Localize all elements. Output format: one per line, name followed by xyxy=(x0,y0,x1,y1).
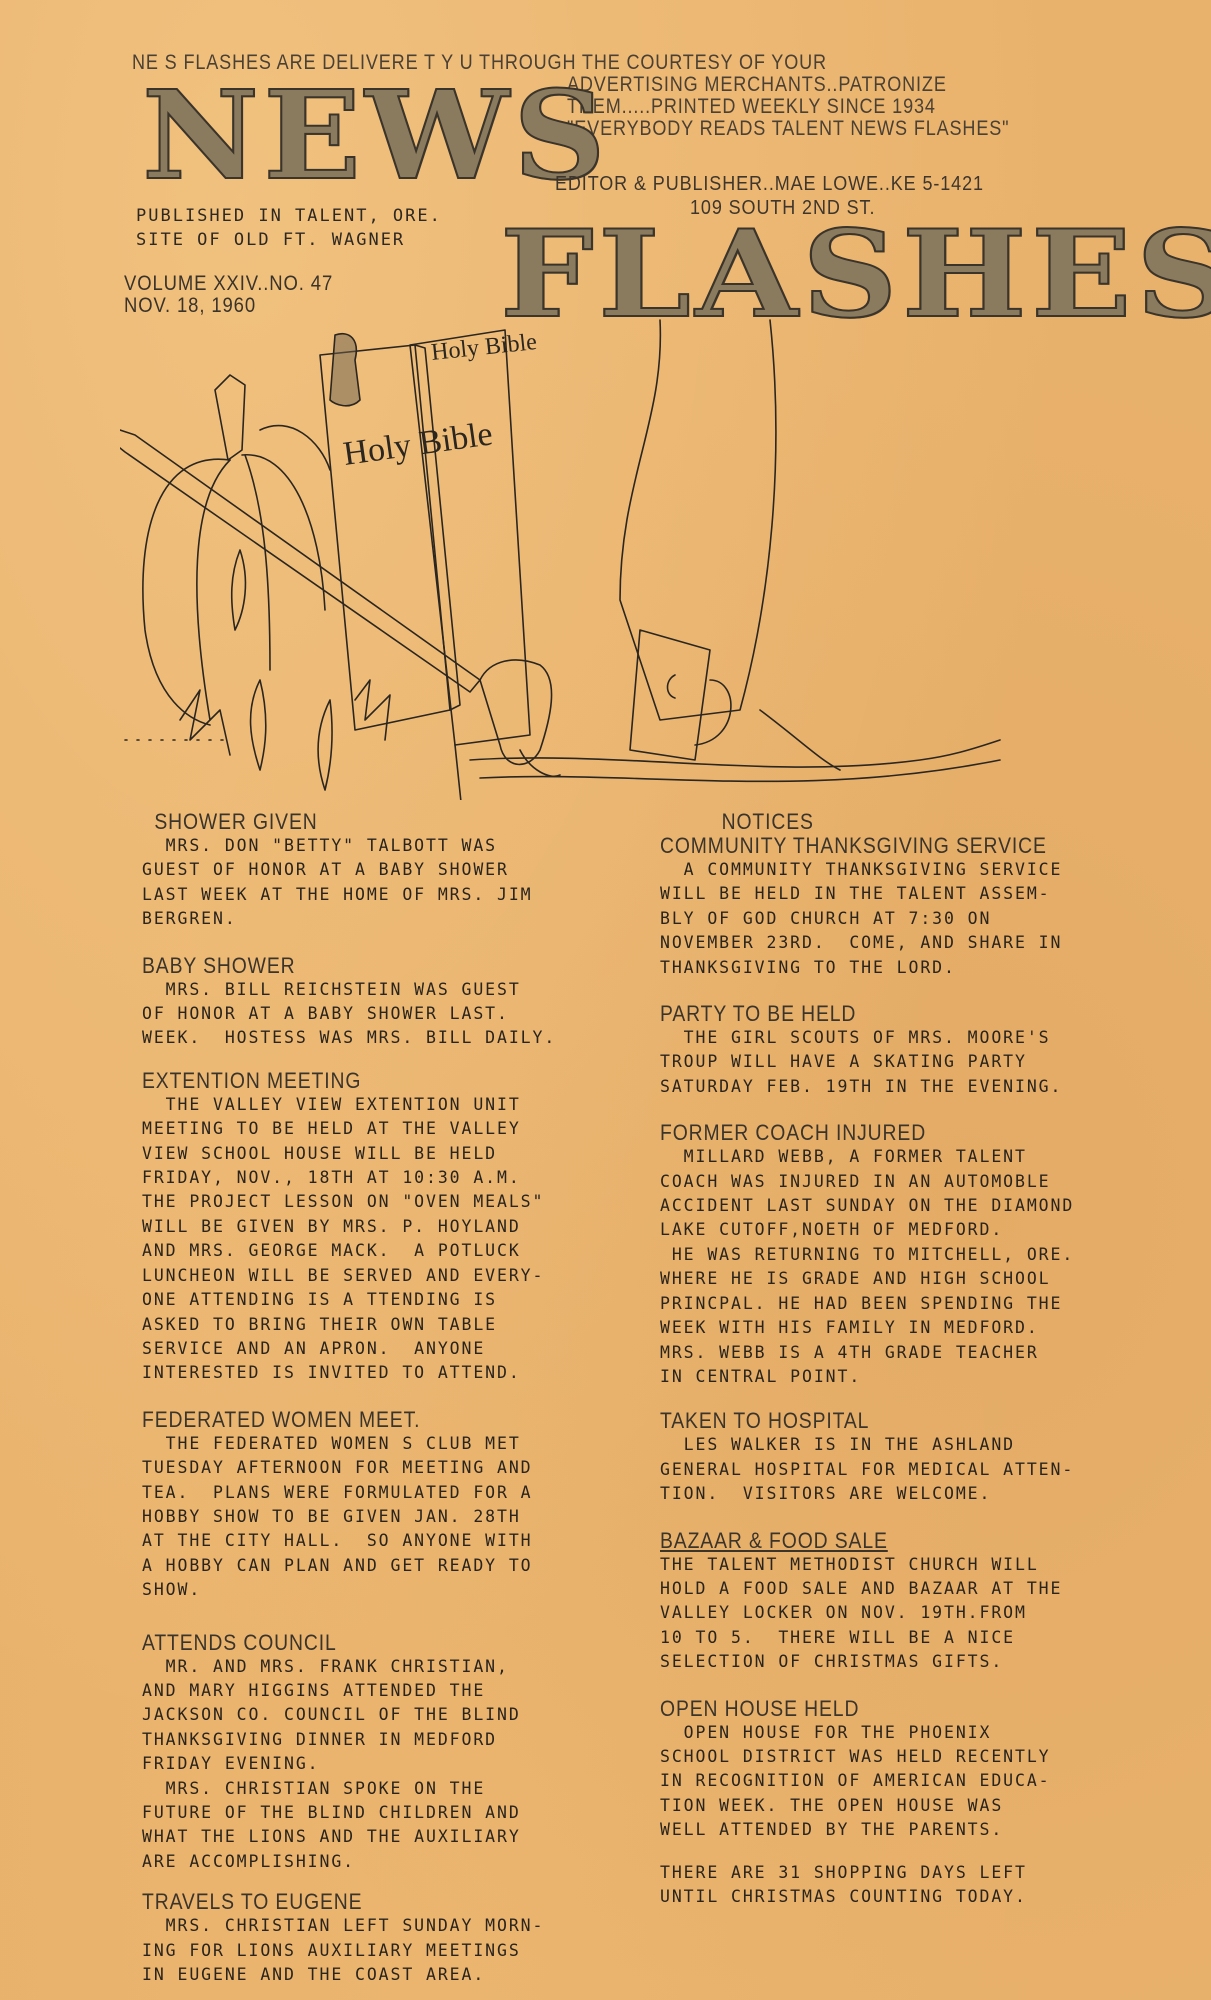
left-column: SHOWER GIVEN MRS. DON "BETTY" TALBOTT WA… xyxy=(142,810,662,2000)
masthead-title-news: NEWS xyxy=(142,70,610,200)
article-body: MR. AND MRS. FRANK CHRISTIAN, AND MARY H… xyxy=(142,1655,662,1875)
article-federated-women: FEDERATED WOMEN MEET. THE FEDERATED WOME… xyxy=(142,1408,662,1603)
article-headline: FEDERATED WOMEN MEET. xyxy=(142,1408,600,1432)
article-headline: BAZAAR & FOOD SALE xyxy=(660,1529,1118,1553)
article-open-house: OPEN HOUSE HELD OPEN HOUSE FOR THE PHOEN… xyxy=(660,1697,1180,1843)
masthead-title-flashes: FLASHES xyxy=(500,210,1211,340)
article-hospital: TAKEN TO HOSPITAL LES WALKER IS IN THE A… xyxy=(660,1409,1180,1506)
article-shower-given: SHOWER GIVEN MRS. DON "BETTY" TALBOTT WA… xyxy=(142,810,662,932)
bible-icon: Holy Bible xyxy=(320,334,495,730)
article-attends-council: ATTENDS COUNCIL MR. AND MRS. FRANK CHRIS… xyxy=(142,1631,662,1875)
article-headline: TAKEN TO HOSPITAL xyxy=(660,1409,1118,1433)
right-column: NOTICES COMMUNITY THANKSGIVING SERVICE A… xyxy=(660,810,1180,1925)
musket-icon xyxy=(120,430,480,692)
bible-icon: Holy Bible xyxy=(410,329,538,800)
article-body: MRS. BILL REICHSTEIN WAS GUEST OF HONOR … xyxy=(142,978,662,1051)
article-body: THERE ARE 31 SHOPPING DAYS LEFT UNTIL CH… xyxy=(660,1861,1180,1910)
article-body: MILLARD WEBB, A FORMER TALENT COACH WAS … xyxy=(660,1145,1180,1389)
article-body: OPEN HOUSE FOR THE PHOENIX SCHOOL DISTRI… xyxy=(660,1721,1180,1843)
section-title: NOTICES xyxy=(660,810,1118,834)
article-baby-shower: BABY SHOWER MRS. BILL REICHSTEIN WAS GUE… xyxy=(142,954,662,1051)
article-headline: OPEN HOUSE HELD xyxy=(660,1697,1118,1721)
advertising-line: THEM.....PRINTED WEEKLY SINCE 1934 xyxy=(567,96,1009,118)
article-travels-eugene: TRAVELS TO EUGENE MRS. CHRISTIAN LEFT SU… xyxy=(142,1890,662,1987)
advertising-notice: ADVERTISING MERCHANTS..PATRONIZETHEM....… xyxy=(567,74,1009,140)
article-body: MRS. CHRISTIAN LEFT SUNDAY MORN- ING FOR… xyxy=(142,1914,662,1987)
article-headline: FORMER COACH INJURED xyxy=(660,1121,1118,1145)
site-line: SITE OF OLD FT. WAGNER xyxy=(136,228,442,252)
article-headline: COMMUNITY THANKSGIVING SERVICE xyxy=(660,834,1118,858)
article-headline: ATTENDS COUNCIL xyxy=(142,1631,600,1655)
article-body: THE VALLEY VIEW EXTENTION UNIT MEETING T… xyxy=(142,1093,662,1386)
article-body: THE TALENT METHODIST CHURCH WILL HOLD A … xyxy=(660,1553,1180,1675)
advertising-line: ADVERTISING MERCHANTS..PATRONIZE xyxy=(567,74,1009,96)
article-former-coach: FORMER COACH INJURED MILLARD WEBB, A FOR… xyxy=(660,1121,1180,1389)
article-headline: BABY SHOWER xyxy=(142,954,600,978)
publication-place: PUBLISHED IN TALENT, ORE.SITE OF OLD FT.… xyxy=(136,204,442,252)
svg-text:Holy Bible: Holy Bible xyxy=(341,415,495,473)
pumpkin-icon xyxy=(143,375,330,725)
article-shopping-days: THERE ARE 31 SHOPPING DAYS LEFT UNTIL CH… xyxy=(660,1861,1180,1910)
thanksgiving-illustration: Holy Bible Holy Bible xyxy=(120,300,1120,800)
article-headline: SHOWER GIVEN xyxy=(142,810,600,834)
article-headline: TRAVELS TO EUGENE xyxy=(142,1890,600,1914)
article-body: LES WALKER IS IN THE ASHLAND GENERAL HOS… xyxy=(660,1433,1180,1506)
article-body: THE FEDERATED WOMEN S CLUB MET TUESDAY A… xyxy=(142,1432,662,1603)
article-party: PARTY TO BE HELD THE GIRL SCOUTS OF MRS.… xyxy=(660,1002,1180,1099)
article-body: THE GIRL SCOUTS OF MRS. MOORE'S TROUP WI… xyxy=(660,1026,1180,1099)
article-headline: EXTENTION MEETING xyxy=(142,1069,600,1093)
article-community-thanksgiving: NOTICES COMMUNITY THANKSGIVING SERVICE A… xyxy=(660,810,1180,980)
volume-number: VOLUME XXIV..NO. 47 xyxy=(124,273,333,295)
published-line: PUBLISHED IN TALENT, ORE. xyxy=(136,204,442,228)
editor-line: EDITOR & PUBLISHER..MAE LOWE..KE 5-1421 xyxy=(555,172,984,196)
article-headline: PARTY TO BE HELD xyxy=(660,1002,1118,1026)
article-body: MRS. DON "BETTY" TALBOTT WAS GUEST OF HO… xyxy=(142,834,662,932)
article-bazaar: BAZAAR & FOOD SALE THE TALENT METHODIST … xyxy=(660,1529,1180,1675)
leaves-icon xyxy=(180,550,390,790)
slogan: "EVERYBODY READS TALENT NEWS FLASHES" xyxy=(567,118,1009,140)
article-extention-meeting: EXTENTION MEETING THE VALLEY VIEW EXTENT… xyxy=(142,1069,662,1386)
article-body: A COMMUNITY THANKSGIVING SERVICE WILL BE… xyxy=(660,858,1180,980)
